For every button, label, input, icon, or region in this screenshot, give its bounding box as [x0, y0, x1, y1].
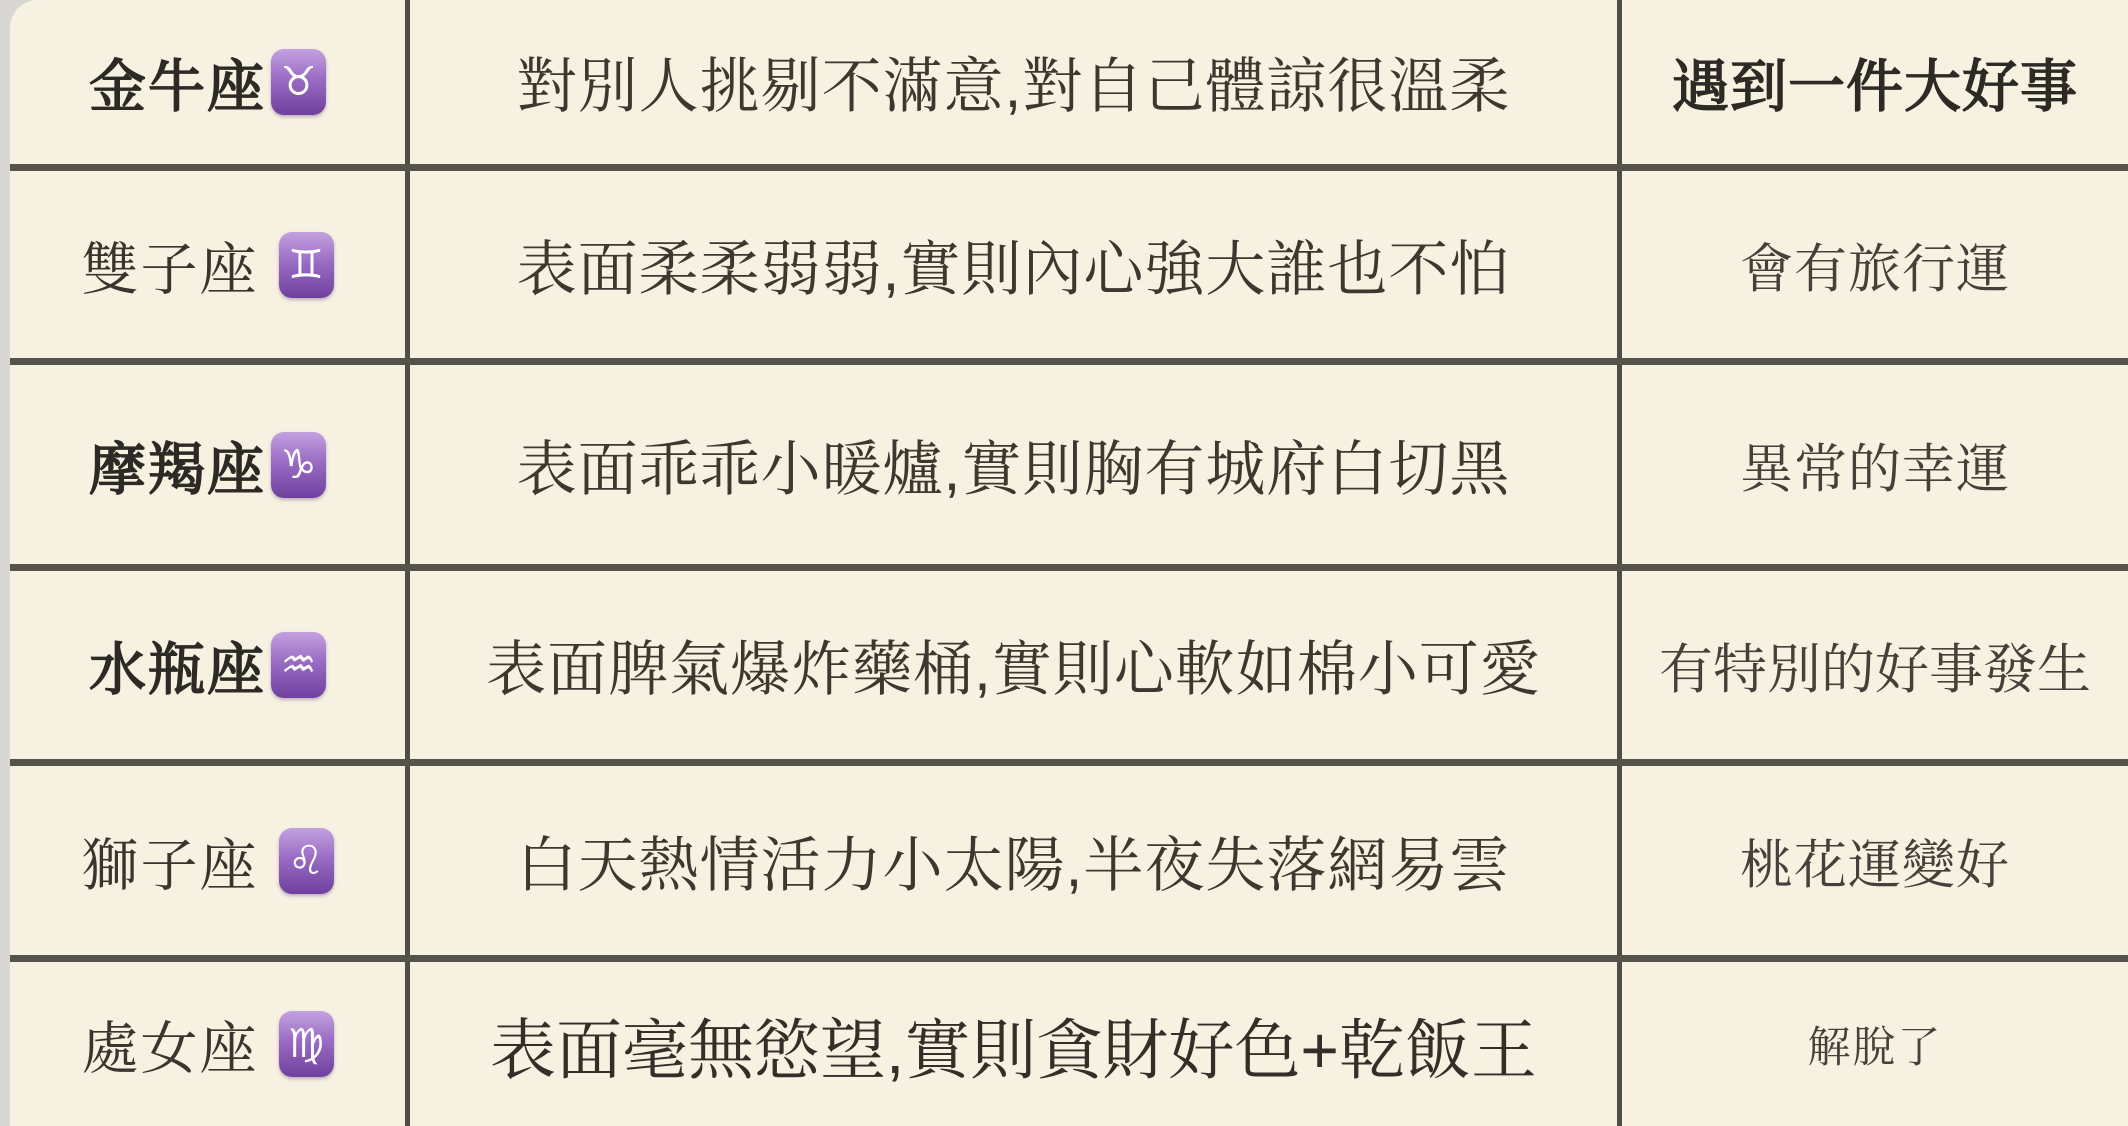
zodiac-sign-name: 雙子座 — [82, 224, 259, 306]
description-cell: 表面毫無慾望,實則貪財好色+乾飯王 — [410, 962, 1622, 1126]
zodiac-sign-cell: 金牛座 ♉ — [10, 0, 410, 164]
description-cell: 表面柔柔弱弱,實則內心強大誰也不怕 — [410, 171, 1622, 358]
description-cell: 白天熱情活力小太陽,半夜失落網易雲 — [410, 766, 1622, 955]
capricorn-icon: ♑ — [271, 432, 326, 498]
description-cell: 表面乖乖小暖爐,實則胸有城府白切黑 — [410, 365, 1622, 564]
description-text: 表面毫無慾望,實則貪財好色+乾飯王 — [490, 997, 1537, 1092]
table-row: 雙子座 ♊ 表面柔柔弱弱,實則內心強大誰也不怕 會有旅行運 — [10, 171, 2128, 365]
fortune-cell: 解脫了 — [1622, 962, 2128, 1126]
zodiac-fortune-table-page: 金牛座 ♉ 對別人挑剔不滿意,對自己體諒很溫柔 遇到一件大好事 雙子座 ♊ 表面… — [10, 0, 2128, 1126]
zodiac-sign-cell: 獅子座 ♌ — [10, 766, 410, 955]
description-text: 表面乖乖小暖爐,實則胸有城府白切黑 — [517, 422, 1511, 508]
fortune-text: 有特別的好事發生 — [1659, 627, 2091, 704]
fortune-text: 遇到一件大好事 — [1672, 41, 2078, 123]
taurus-icon: ♉ — [271, 49, 326, 115]
description-cell: 對別人挑剔不滿意,對自己體諒很溫柔 — [410, 0, 1622, 164]
fortune-cell: 會有旅行運 — [1622, 171, 2128, 358]
fortune-text: 桃花運變好 — [1740, 823, 2010, 899]
aquarius-icon: ♒ — [271, 632, 326, 698]
zodiac-table: 金牛座 ♉ 對別人挑剔不滿意,對自己體諒很溫柔 遇到一件大好事 雙子座 ♊ 表面… — [10, 0, 2128, 1126]
description-text: 表面柔柔弱弱,實則內心強大誰也不怕 — [517, 222, 1511, 308]
zodiac-sign-name: 水瓶座 — [89, 624, 266, 706]
table-row: 獅子座 ♌ 白天熱情活力小太陽,半夜失落網易雲 桃花運變好 — [10, 766, 2128, 962]
zodiac-sign-cell: 水瓶座 ♒ — [10, 571, 410, 759]
table-row: 金牛座 ♉ 對別人挑剔不滿意,對自己體諒很溫柔 遇到一件大好事 — [10, 0, 2128, 171]
description-cell: 表面脾氣爆炸藥桶,實則心軟如棉小可愛 — [410, 571, 1622, 759]
leo-icon: ♌ — [279, 828, 334, 894]
description-text: 白天熱情活力小太陽,半夜失落網易雲 — [517, 818, 1511, 904]
zodiac-sign-name: 摩羯座 — [89, 424, 266, 506]
table-row: 水瓶座 ♒ 表面脾氣爆炸藥桶,實則心軟如棉小可愛 有特別的好事發生 — [10, 571, 2128, 766]
zodiac-sign-name: 獅子座 — [82, 820, 259, 902]
description-text: 對別人挑剔不滿意,對自己體諒很溫柔 — [517, 39, 1511, 125]
virgo-icon: ♍ — [279, 1011, 334, 1077]
fortune-text: 異常的幸運 — [1740, 427, 2010, 503]
fortune-cell: 桃花運變好 — [1622, 766, 2128, 955]
fortune-text: 會有旅行運 — [1740, 227, 2010, 303]
gemini-icon: ♊ — [279, 232, 334, 298]
zodiac-sign-name: 處女座 — [82, 1003, 259, 1085]
zodiac-sign-cell: 雙子座 ♊ — [10, 171, 410, 358]
table-row: 處女座 ♍ 表面毫無慾望,實則貪財好色+乾飯王 解脫了 — [10, 962, 2128, 1126]
zodiac-sign-name: 金牛座 — [89, 41, 266, 123]
zodiac-sign-cell: 處女座 ♍ — [10, 962, 410, 1126]
fortune-text: 解脫了 — [1808, 1014, 1943, 1075]
fortune-cell: 遇到一件大好事 — [1622, 0, 2128, 164]
zodiac-sign-cell: 摩羯座 ♑ — [10, 365, 410, 564]
table-row: 摩羯座 ♑ 表面乖乖小暖爐,實則胸有城府白切黑 異常的幸運 — [10, 365, 2128, 571]
fortune-cell: 有特別的好事發生 — [1622, 571, 2128, 759]
description-text: 表面脾氣爆炸藥桶,實則心軟如棉小可愛 — [486, 622, 1541, 708]
fortune-cell: 異常的幸運 — [1622, 365, 2128, 564]
